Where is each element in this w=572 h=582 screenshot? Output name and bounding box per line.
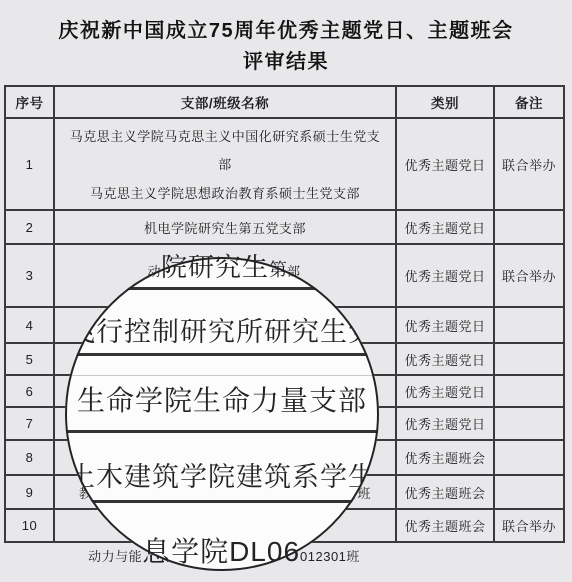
header-cell-category: 类别 <box>396 86 494 118</box>
row10-left-fragment: 动力与能 <box>88 546 142 565</box>
category-cell: 优秀主题党日 <box>396 118 494 210</box>
seq-cell: 5 <box>5 343 54 375</box>
row10-right-fragment: 012301班 <box>300 546 360 565</box>
name-line: 马克思主义学院思想政治教育系硕士生党支部 <box>58 183 392 202</box>
row10-magnified-text: 动力与能 息学院DL06 012301班 <box>53 530 395 570</box>
lens-gridline <box>65 287 379 290</box>
category-cell: 优秀主题党日 <box>396 244 494 307</box>
row3-magnified-text: 动 院研究生 第 部 <box>53 247 395 284</box>
category-cell: 优秀主题党日 <box>396 375 494 407</box>
table-row: 2机电学院研究生第五党支部优秀主题党日 <box>5 210 564 244</box>
row10-magnified-fragment: 息学院DL06 <box>142 530 300 570</box>
category-cell: 优秀主题班会 <box>396 440 494 475</box>
page-title: 庆祝新中国成立75周年优秀主题党日、主题班会 评审结果 <box>0 16 572 78</box>
document-page: 庆祝新中国成立75周年优秀主题党日、主题班会 评审结果 序号 支部/班级名称 类… <box>0 0 572 582</box>
header-cell-name: 支部/班级名称 <box>54 86 396 118</box>
note-cell <box>494 343 564 375</box>
category-cell: 优秀主题党日 <box>396 307 494 343</box>
category-cell: 优秀主题班会 <box>396 475 494 509</box>
seq-cell: 3 <box>5 244 54 307</box>
seq-cell: 9 <box>5 475 54 509</box>
lens-gridline-faint <box>65 375 379 376</box>
table-row: 1马克思主义学院马克思主义中国化研究系硕士生党支部马克思主义学院思想政治教育系硕… <box>5 118 564 210</box>
note-cell <box>494 475 564 509</box>
seq-cell: 7 <box>5 407 54 440</box>
category-cell: 优秀主题班会 <box>396 509 494 542</box>
note-cell: 联合举办 <box>494 118 564 210</box>
header-cell-note: 备注 <box>494 86 564 118</box>
name-line: 马克思主义学院马克思主义中国化研究系硕士生党支 <box>58 126 392 145</box>
magnified-row8-text: 土木建筑学院建筑系学生 <box>65 462 379 492</box>
row3-right-fragment: 部 <box>287 261 301 280</box>
category-cell: 优秀主题党日 <box>396 343 494 375</box>
name-cell: 马克思主义学院马克思主义中国化研究系硕士生党支部马克思主义学院思想政治教育系硕士… <box>54 118 396 210</box>
seq-cell: 1 <box>5 118 54 210</box>
seq-cell: 10 <box>5 509 54 542</box>
lens-gridline <box>65 500 379 503</box>
name-line: 部 <box>58 154 392 173</box>
note-cell: 联合举办 <box>494 509 564 542</box>
note-cell <box>494 375 564 407</box>
row3-left-fragment: 动 <box>147 261 161 280</box>
row3-magnified-small-fragment: 第 <box>269 256 287 282</box>
row3-magnified-fragment: 院研究生 <box>161 247 269 284</box>
seq-cell: 2 <box>5 210 54 244</box>
lens-gridline <box>65 353 379 356</box>
note-cell <box>494 407 564 440</box>
seq-cell: 4 <box>5 307 54 343</box>
note-cell: 联合举办 <box>494 244 564 307</box>
table-header-row: 序号 支部/班级名称 类别 备注 <box>5 86 564 118</box>
seq-cell: 8 <box>5 440 54 475</box>
note-cell <box>494 210 564 244</box>
page-title-line-2: 评审结果 <box>0 47 572 78</box>
category-cell: 优秀主题党日 <box>396 407 494 440</box>
note-cell <box>494 307 564 343</box>
page-title-line-1: 庆祝新中国成立75周年优秀主题党日、主题班会 <box>0 16 572 47</box>
lens-gridline <box>65 430 379 433</box>
magnified-row6-text: 生命学院生命力量支部 <box>65 386 379 416</box>
name-cell: 机电学院研究生第五党支部 <box>54 210 396 244</box>
note-cell <box>494 440 564 475</box>
magnified-row4-text: 飞行控制研究所研究生党 <box>65 317 379 347</box>
magnifier-lens: 飞行控制研究所研究生党 生命学院生命力量支部 土木建筑学院建筑系学生 <box>65 257 379 571</box>
category-cell: 优秀主题党日 <box>396 210 494 244</box>
header-cell-seq: 序号 <box>5 86 54 118</box>
seq-cell: 6 <box>5 375 54 407</box>
